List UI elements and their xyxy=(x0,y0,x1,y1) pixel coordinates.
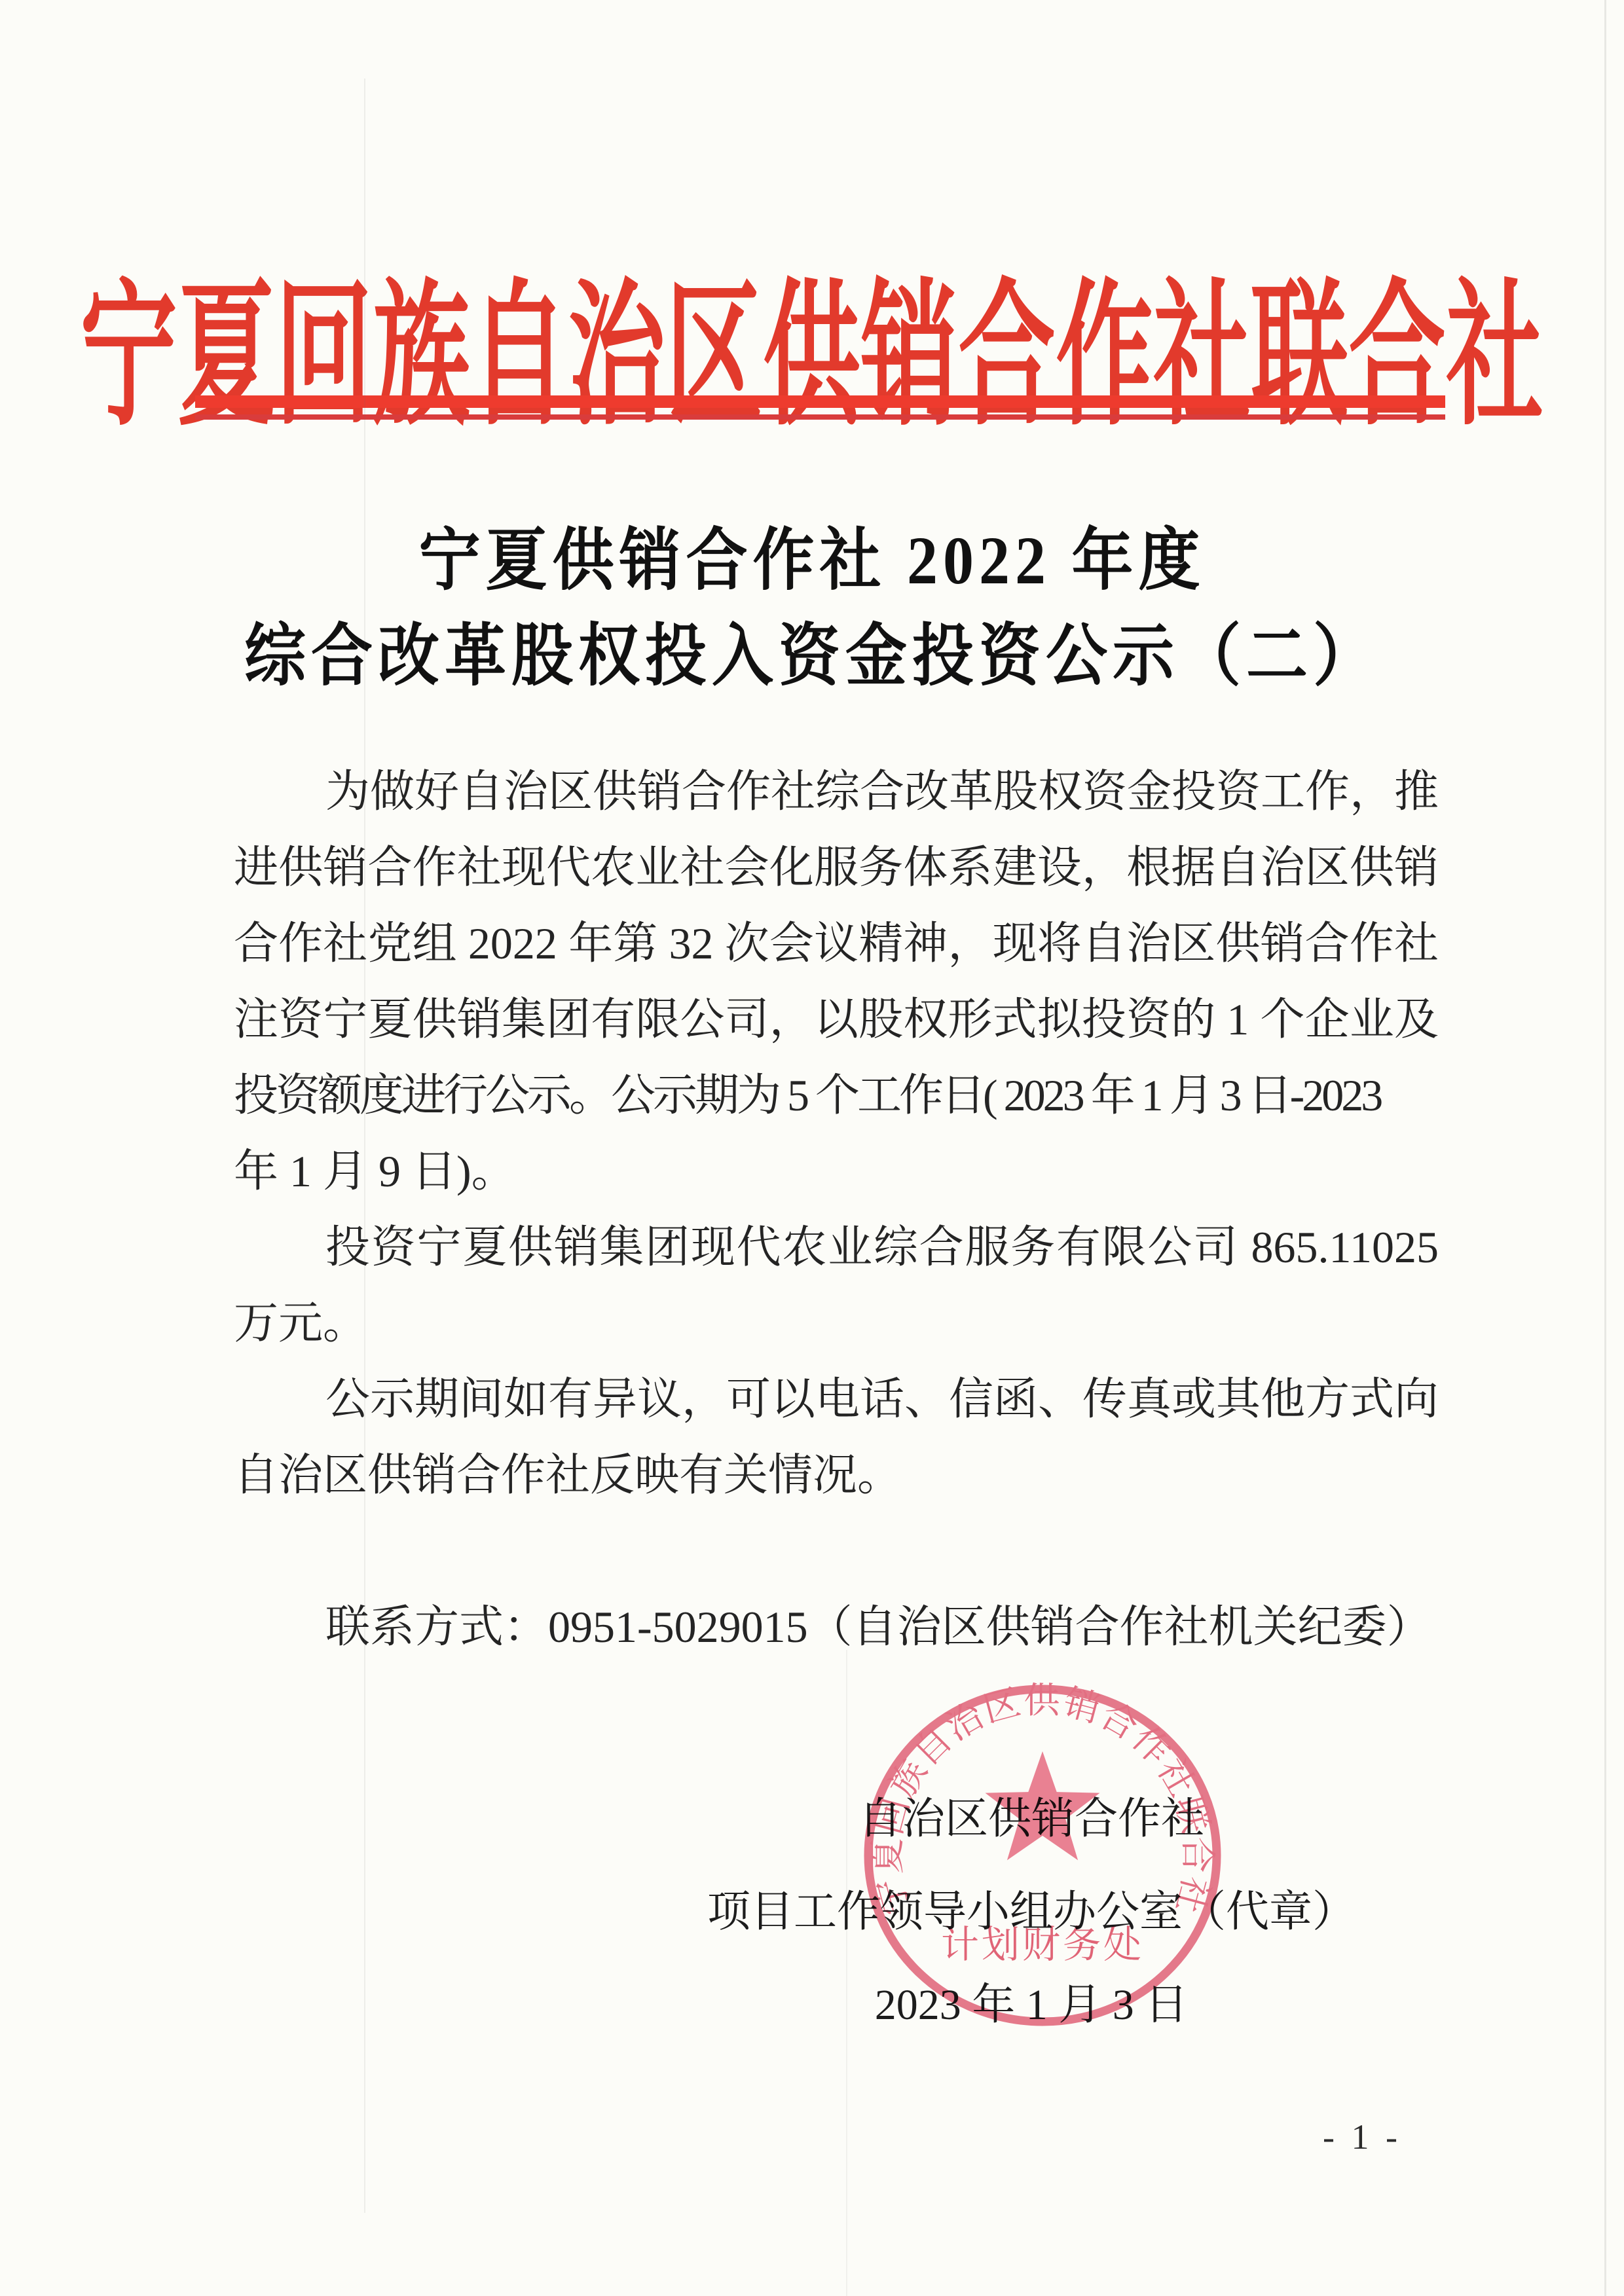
body-line: 投资宁夏供销集团现代农业综合服务有限公司 865.11025 xyxy=(234,1209,1439,1285)
page-number: - 1 - xyxy=(1290,2117,1434,2157)
body-line: 年 1 月 9 日)。 xyxy=(234,1133,1439,1209)
seal-star-icon xyxy=(986,1751,1100,1860)
document-title-line2: 综合改革股权投入资金投资公示（二） xyxy=(0,601,1624,699)
scan-crease-line xyxy=(364,79,365,2213)
body-line: 合作社党组 2022 年第 32 次会议精神，现将自治区供销合作社 xyxy=(234,905,1439,981)
body-line: 万元。 xyxy=(234,1285,1439,1361)
document-body: 为做好自治区供销合作社综合改革股权资金投资工作，推 进供销合作社现代农业社会化服… xyxy=(234,754,1439,1665)
body-line: 进供销合作社现代农业社会化服务体系建设，根据自治区供销 xyxy=(234,829,1439,905)
body-line: 注资宁夏供销集团有限公司，以股权形式拟投资的 1 个企业及 xyxy=(234,981,1439,1057)
body-line: 投资额度进行公示。公示期为 5 个工作日( 2023 年 1 月 3 日-202… xyxy=(234,1057,1439,1133)
document-page: 宁夏回族自治区供销合作社联合社 宁夏供销合作社 2022 年度 综合改革股权投入… xyxy=(0,0,1624,2296)
document-title-line1: 宁夏供销合作社 2022 年度 xyxy=(0,505,1624,603)
official-seal: 宁夏回族自治区供销合作社联合社 计划财务处 xyxy=(853,1677,1232,2034)
letterhead-org-name: 宁夏回族自治区供销合作社联合社 xyxy=(0,230,1624,455)
seal-department: 计划财务处 xyxy=(941,1923,1144,1966)
letterhead-rule-thick xyxy=(195,395,1445,408)
body-line: 公示期间如有异议，可以电话、信函、传真或其他方式向 xyxy=(234,1361,1439,1437)
body-line: 自治区供销合作社反映有关情况。 xyxy=(234,1437,1439,1513)
body-line: 为做好自治区供销合作社综合改革股权资金投资工作，推 xyxy=(234,754,1439,829)
contact-line: 联系方式：0951-5029015（自治区供销合作社机关纪委） xyxy=(234,1589,1439,1665)
letterhead-rule-thin xyxy=(195,414,1445,420)
scan-edge-shadow xyxy=(1604,0,1606,2296)
